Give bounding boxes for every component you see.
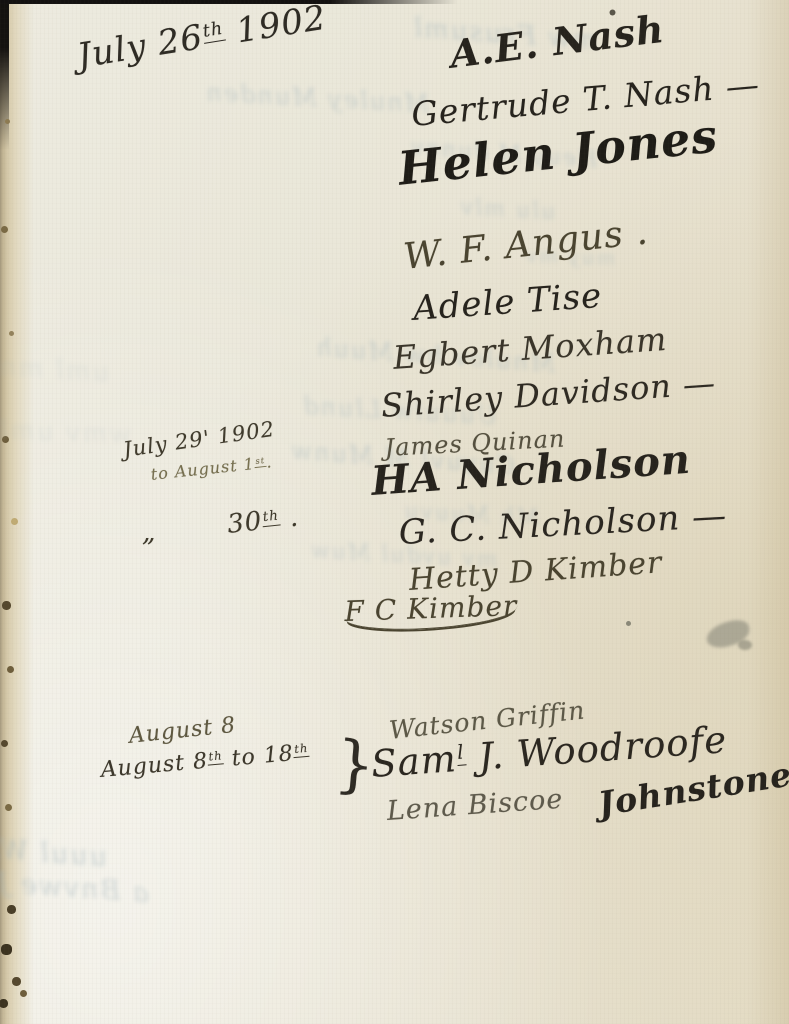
sig-adele-tise: Adele Tise xyxy=(412,279,603,326)
date-august-8: August 8 xyxy=(128,715,237,748)
date-july-26-superscript: th xyxy=(200,19,226,44)
date-august-8-18-superscript: th xyxy=(293,741,310,758)
sig-lena-biscoe: Lena Biscoe xyxy=(386,786,564,825)
scanned-guestbook-page: mw FrusumlMnuley MundenHeuy M dunnvulu m… xyxy=(0,0,789,1024)
ditto-mark: „ xyxy=(142,520,156,546)
date-30th: 30th . xyxy=(226,504,300,537)
sig-fc-kimber-text: F C Kimber xyxy=(344,589,518,628)
date-30th-text: . xyxy=(279,503,301,535)
date-to-august-1: to August 1st. xyxy=(150,454,273,483)
sig-adele-tise-text: Adele Tise xyxy=(412,276,604,329)
date-july-26: July 26th 1902 xyxy=(75,1,329,74)
sig-ae-nash: A.E. Nash xyxy=(448,10,667,74)
sig-egbert-moxham-text: Egbert Moxham xyxy=(392,320,669,377)
sig-saml-woodroofe-text: Sam xyxy=(370,737,458,786)
sig-gc-nicholson-text: G. C. Nicholson — xyxy=(398,496,728,553)
sig-egbert-moxham: Egbert Moxham xyxy=(392,323,668,374)
sig-lena-biscoe-text: Lena Biscoe xyxy=(386,784,564,827)
date-30th-text: 30 xyxy=(226,506,264,540)
date-august-8-18-text: to 18 xyxy=(223,741,295,772)
date-to-august-1-text: . xyxy=(265,452,273,472)
handwritten-entries-layer: July 26th 1902A.E. NashGertrude T. Nash … xyxy=(0,0,789,1024)
date-july-26-text: July 26 xyxy=(75,17,206,76)
date-august-8-18-text: August 8 xyxy=(100,749,209,783)
date-august-8-18-superscript: th xyxy=(207,748,224,765)
sig-saml-woodroofe-superscript: l xyxy=(455,740,466,766)
date-august-8-text: August 8 xyxy=(128,713,237,749)
date-to-august-1-text: to August 1 xyxy=(150,454,256,484)
sig-shirley-davidson: Shirley Davidson — xyxy=(380,367,717,422)
sig-gc-nicholson: G. C. Nicholson — xyxy=(398,499,728,550)
sig-wf-angus: W. F. Angus . xyxy=(402,214,650,275)
ditto-mark-text: „ xyxy=(142,518,156,548)
date-30th-superscript: th xyxy=(261,507,281,527)
sig-ae-nash-text: A.E. Nash xyxy=(448,6,667,77)
date-to-august-1-superscript: st xyxy=(254,455,267,468)
date-july-26-text: 1902 xyxy=(222,0,329,53)
sig-hetty-kimber-text: Hetty D Kimber xyxy=(408,545,664,598)
sig-wf-angus-text: W. F. Angus . xyxy=(402,211,651,277)
sig-hetty-kimber: Hetty D Kimber xyxy=(408,548,663,596)
sig-fc-kimber: F C Kimber xyxy=(344,592,518,632)
